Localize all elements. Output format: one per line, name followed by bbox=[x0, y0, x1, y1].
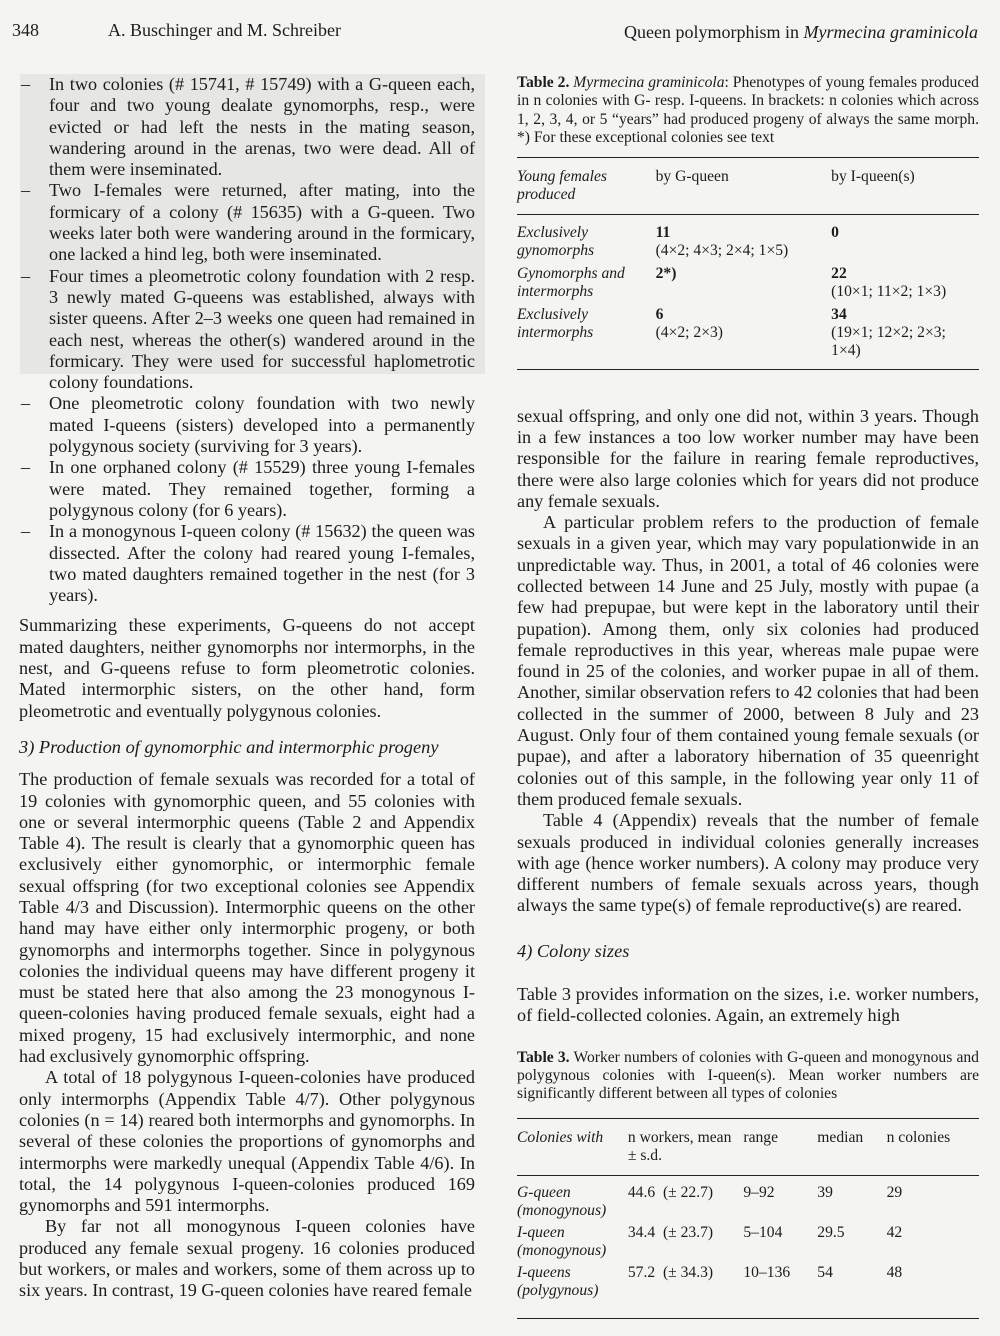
page-number: 348 bbox=[12, 20, 39, 41]
list-item: In one orphaned colony (# 15529) three y… bbox=[19, 457, 475, 521]
paragraph: The production of female sexuals was rec… bbox=[19, 769, 475, 1067]
table-header: Colonies with bbox=[517, 1118, 628, 1175]
table-header: median bbox=[817, 1118, 886, 1175]
table-2-caption: Table 2. Myrmecina graminicola: Phenotyp… bbox=[517, 74, 979, 148]
table-2: Table 2. Myrmecina graminicola: Phenotyp… bbox=[517, 74, 979, 370]
paragraph: By far not all monogynous I-queen coloni… bbox=[19, 1216, 475, 1301]
list-item: Four times a pleometrotic colony foundat… bbox=[19, 266, 475, 394]
paragraph: A particular problem refers to the produ… bbox=[517, 512, 979, 810]
section-3-heading: 3) Production of gynomorphic and intermo… bbox=[19, 737, 475, 758]
paragraph: A total of 18 polygynous I-queen-colonie… bbox=[19, 1067, 475, 1216]
paragraph: Table 3 provides information on the size… bbox=[517, 984, 979, 1027]
page-header: 348 A. Buschinger and M. Schreiber Queen… bbox=[0, 14, 1000, 44]
right-column: Table 2. Myrmecina graminicola: Phenotyp… bbox=[517, 74, 979, 1319]
paragraph: Table 4 (Appendix) reveals that the numb… bbox=[517, 810, 979, 916]
table-row: Exclusively intermorphs 6(4×2; 2×3) 34(1… bbox=[517, 306, 979, 370]
running-title: Queen polymorphism in Myrmecina graminic… bbox=[624, 22, 978, 43]
table-3-grid: Colonies with n workers, mean ± s.d. ran… bbox=[517, 1118, 979, 1319]
table-row: I-queens(polygynous) 57.2 (± 34.3) 10–13… bbox=[517, 1264, 979, 1319]
paragraph: sexual offspring, and only one did not, … bbox=[517, 406, 979, 512]
table-row: G-queen(monogynous) 44.6 (± 22.7) 9–92 3… bbox=[517, 1175, 979, 1224]
list-item: Two I-females were returned, after matin… bbox=[19, 180, 475, 265]
table-header: by I-queen(s) bbox=[831, 157, 979, 214]
table-3: Table 3. Worker numbers of colonies with… bbox=[517, 1049, 979, 1319]
list-item: In a monogynous I-queen colony (# 15632)… bbox=[19, 521, 475, 606]
left-column: In two colonies (# 15741, # 15749) with … bbox=[19, 74, 475, 1302]
table-row: I-queen(monogynous) 34.4 (± 23.7) 5–104 … bbox=[517, 1224, 979, 1264]
authors: A. Buschinger and M. Schreiber bbox=[108, 20, 341, 41]
table-3-caption: Table 3. Worker numbers of colonies with… bbox=[517, 1049, 979, 1104]
table-row: Gynomorphs and intermorphs 2*) 22(10×1; … bbox=[517, 265, 979, 306]
experiment-list: In two colonies (# 15741, # 15749) with … bbox=[19, 74, 475, 606]
table-row: Exclusively gynomorphs 11(4×2; 4×3; 2×4;… bbox=[517, 214, 979, 265]
table-header: Young females produced bbox=[517, 157, 656, 214]
table-header: n workers, mean ± s.d. bbox=[628, 1118, 744, 1175]
list-item: In two colonies (# 15741, # 15749) with … bbox=[19, 74, 475, 180]
section-4-heading: 4) Colony sizes bbox=[517, 941, 979, 962]
summary-paragraph: Summarizing these experiments, G-queens … bbox=[19, 615, 475, 721]
table-header: n colonies bbox=[887, 1118, 979, 1175]
table-header: range bbox=[743, 1118, 817, 1175]
table-header: by G-queen bbox=[656, 157, 832, 214]
list-item: One pleometrotic colony foundation with … bbox=[19, 393, 475, 457]
table-2-grid: Young females produced by G-queen by I-q… bbox=[517, 157, 979, 370]
